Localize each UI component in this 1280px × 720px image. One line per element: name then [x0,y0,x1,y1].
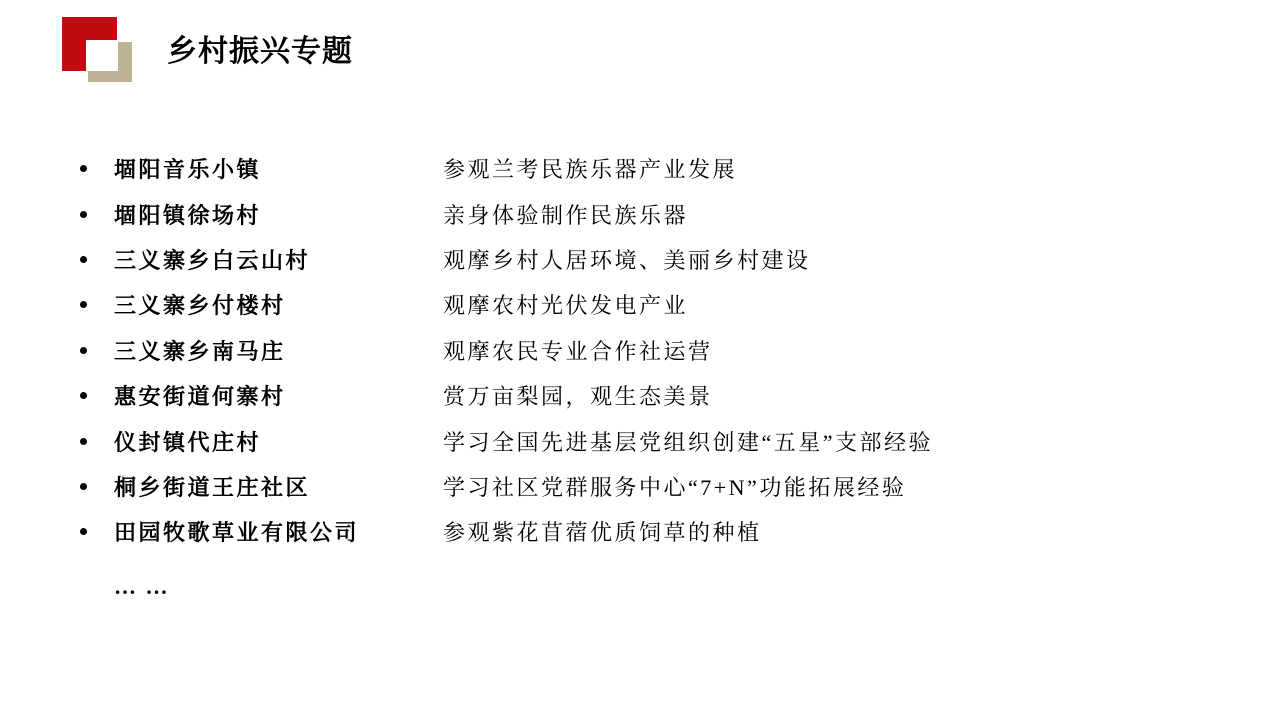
item-name: 三义寨乡白云山村 [114,244,443,275]
item-name: 惠安街道何寨村 [114,380,443,411]
bullet-list: 堌阳音乐小镇 参观兰考民族乐器产业发展 堌阳镇徐场村 亲身体验制作民族乐器 三义… [80,146,1220,610]
bullet-icon [80,211,87,218]
item-name: 桐乡街道王庄社区 [114,471,443,502]
list-item: 三义寨乡付楼村 观摩农村光伏发电产业 [80,282,1220,327]
bullet-icon [80,347,87,354]
item-desc: 观摩乡村人居环境、美丽乡村建设 [443,244,811,275]
page-title: 乡村振兴专题 [167,26,353,70]
bullet-icon [80,392,87,399]
bullet-icon [80,483,87,490]
item-desc: 参观紫花苜蓿优质饲草的种植 [443,516,762,547]
item-name: 堌阳音乐小镇 [114,153,443,184]
list-item: 三义寨乡南马庄 观摩农民专业合作社运营 [80,328,1220,373]
item-desc: 学习全国先进基层党组织创建“五星”支部经验 [443,426,933,457]
item-name: 三义寨乡南马庄 [114,335,443,366]
item-desc: 亲身体验制作民族乐器 [443,199,688,230]
item-desc: 参观兰考民族乐器产业发展 [443,153,737,184]
logo-white-overlap [86,40,118,71]
list-item: 桐乡街道王庄社区 学习社区党群服务中心“7+N”功能拓展经验 [80,464,1220,509]
bullet-icon [80,301,87,308]
list-item: 堌阳镇徐场村 亲身体验制作民族乐器 [80,191,1220,236]
list-item: 惠安街道何寨村 赏万亩梨园，观生态美景 [80,373,1220,418]
item-name: 堌阳镇徐场村 [114,199,443,230]
bullet-icon [80,528,87,535]
item-name: 仪封镇代庄村 [114,426,443,457]
logo [62,17,136,85]
item-desc: 观摩农民专业合作社运营 [443,335,713,366]
item-name: 三义寨乡付楼村 [114,289,443,320]
list-item: 仪封镇代庄村 学习全国先进基层党组织创建“五星”支部经验 [80,418,1220,463]
bullet-icon [80,256,87,263]
item-name: 田园牧歌草业有限公司 [114,516,443,547]
item-desc: 观摩农村光伏发电产业 [443,289,688,320]
list-item: 堌阳音乐小镇 参观兰考民族乐器产业发展 [80,146,1220,191]
bullet-icon [80,165,87,172]
bullet-icon [80,438,87,445]
ellipsis-text: … … [114,565,1220,610]
item-desc: 赏万亩梨园，观生态美景 [443,380,713,411]
item-desc: 学习社区党群服务中心“7+N”功能拓展经验 [443,471,906,502]
list-item: 田园牧歌草业有限公司 参观紫花苜蓿优质饲草的种植 [80,509,1220,554]
list-item: 三义寨乡白云山村 观摩乡村人居环境、美丽乡村建设 [80,237,1220,282]
